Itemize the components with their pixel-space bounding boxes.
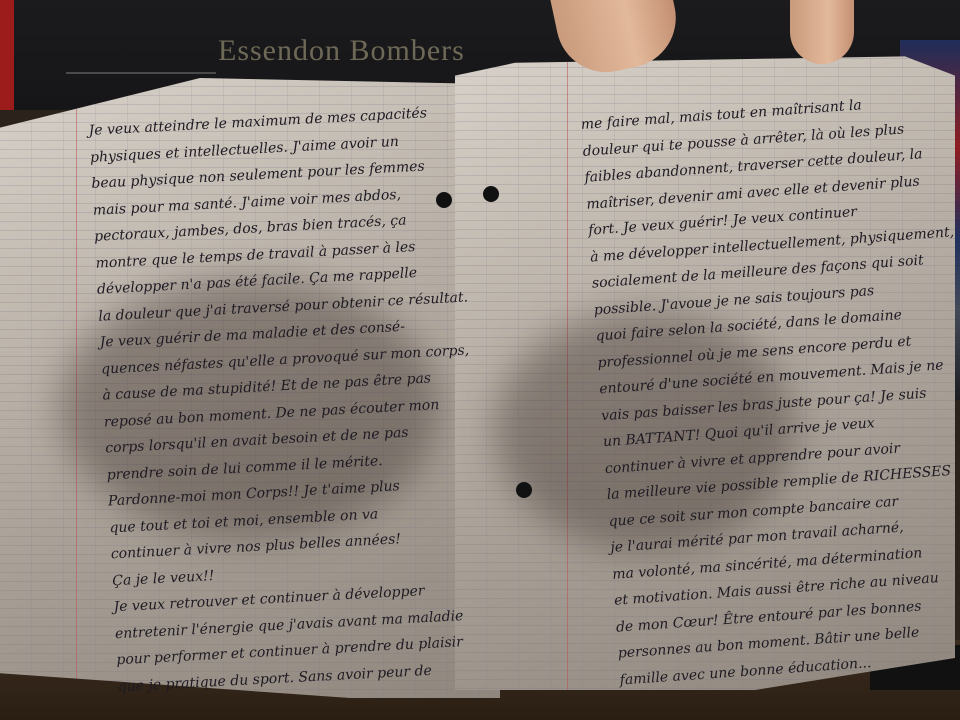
handwriting-left: Je veux atteindre le maximum de mes capa… (88, 99, 488, 701)
punch-hole (483, 186, 499, 202)
mat-stitch (66, 72, 216, 74)
handwriting-right: me faire mal, mais tout en maîtrisant la… (580, 87, 960, 694)
finger (790, 0, 854, 64)
mat-logo-text: Essendon Bombers (218, 34, 465, 68)
mat-red-edge (0, 0, 14, 110)
punch-hole (516, 482, 532, 498)
